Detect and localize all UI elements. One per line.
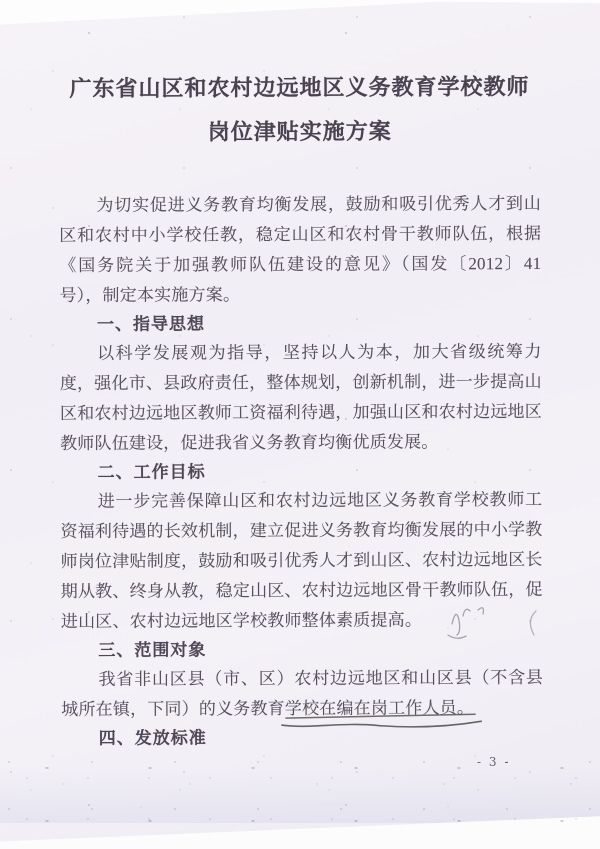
intro-paragraph: 为切实促进义务教育均衡发展，鼓励和吸引优秀人才到山区和农村中小学校任教，稳定山区…: [59, 189, 542, 311]
doc-title-line-2: 岗位津贴实施方案: [59, 109, 541, 155]
pen-underline-icon: [281, 713, 482, 730]
section-2-heading: 二、工作目标: [60, 457, 542, 487]
section-3-paragraph: 我省非山区县（市、区）农村边远地区和山区县（不含县城所在镇，下同）的义务教育学校…: [61, 663, 543, 725]
pen-tick-icon: [518, 608, 544, 640]
scope-text-underlined: 学校在编在岗工作人员。: [285, 698, 474, 718]
doc-title-line-1: 广东省山区和农村边远地区义务教育学校教师: [58, 65, 540, 111]
page-number: - 3 -: [477, 755, 510, 769]
section-1-paragraph: 以科学发展观为指导，坚持以人为本，加大省级统筹力度，强化市、县政府责任，整体规划…: [60, 337, 543, 459]
section-1-heading: 一、指导思想: [60, 309, 542, 339]
pen-scribble-icon: [436, 588, 508, 650]
scanned-document-page: 广东省山区和农村边远地区义务教育学校教师 岗位津贴实施方案 为切实促进义务教育均…: [0, 0, 600, 849]
document-content: 广东省山区和农村边远地区义务教育学校教师 岗位津贴实施方案 为切实促进义务教育均…: [0, 0, 600, 849]
